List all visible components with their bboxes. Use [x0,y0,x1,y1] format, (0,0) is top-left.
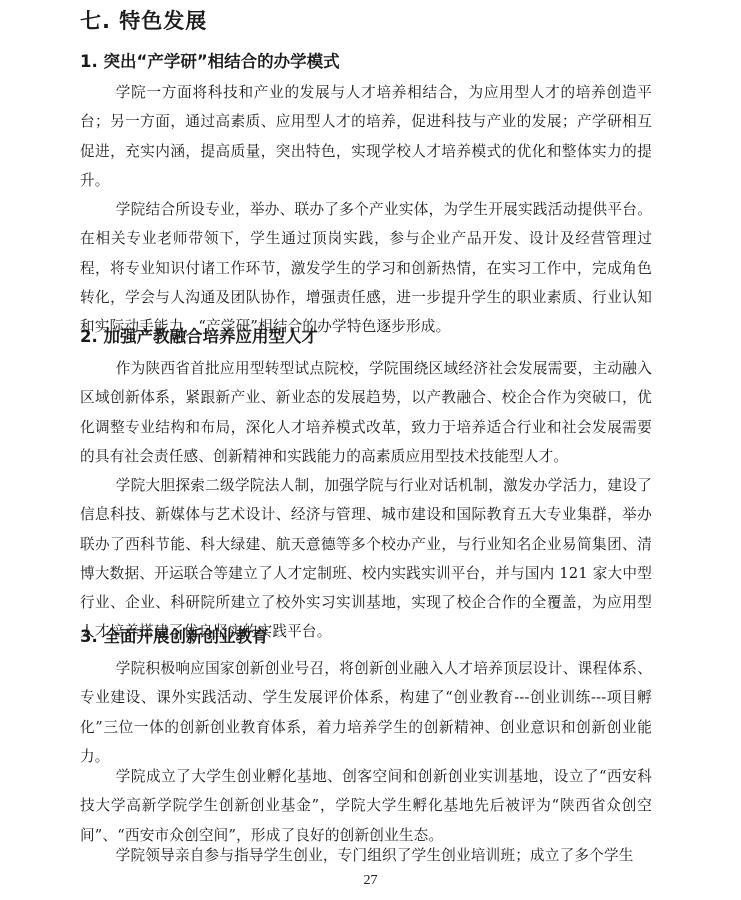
page-number: 27 [0,872,741,890]
paragraph: 学院大胆探索二级学院法人制，加强学院与行业对话机制，激发办学活力，建设了信息科技… [80,471,652,647]
chapter-title: 七. 特色发展 [80,6,207,36]
paragraph: 学院一方面将科技和产业的发展与人才培养相结合，为应用型人才的培养创造平台；另一方… [80,78,652,195]
paragraph: 学院领导亲自参与指导学生创业，专门组织了学生创业培训班；成立了多个学生 [80,841,652,870]
section-heading-2: 2. 加强产教融合培养应用型人才 [80,325,318,349]
paragraph: 学院结合所设专业，举办、联办了多个产业实体，为学生开展实践活动提供平台。在相关专… [80,195,652,341]
section-heading-1: 1. 突出“产学研”相结合的办学模式 [80,50,340,74]
section-heading-3: 3. 全面开展创新创业教育 [80,625,269,649]
paragraph: 作为陕西省首批应用型转型试点院校，学院围绕区域经济社会发展需要，主动融入区域创新… [80,354,652,471]
paragraph: 学院积极响应国家创新创业号召，将创新创业融入人才培养顶层设计、课程体系、专业建设… [80,654,652,771]
paragraph: 学院成立了大学生创业孵化基地、创客空间和创新创业实训基地，设立了“西安科技大学高… [80,762,652,850]
